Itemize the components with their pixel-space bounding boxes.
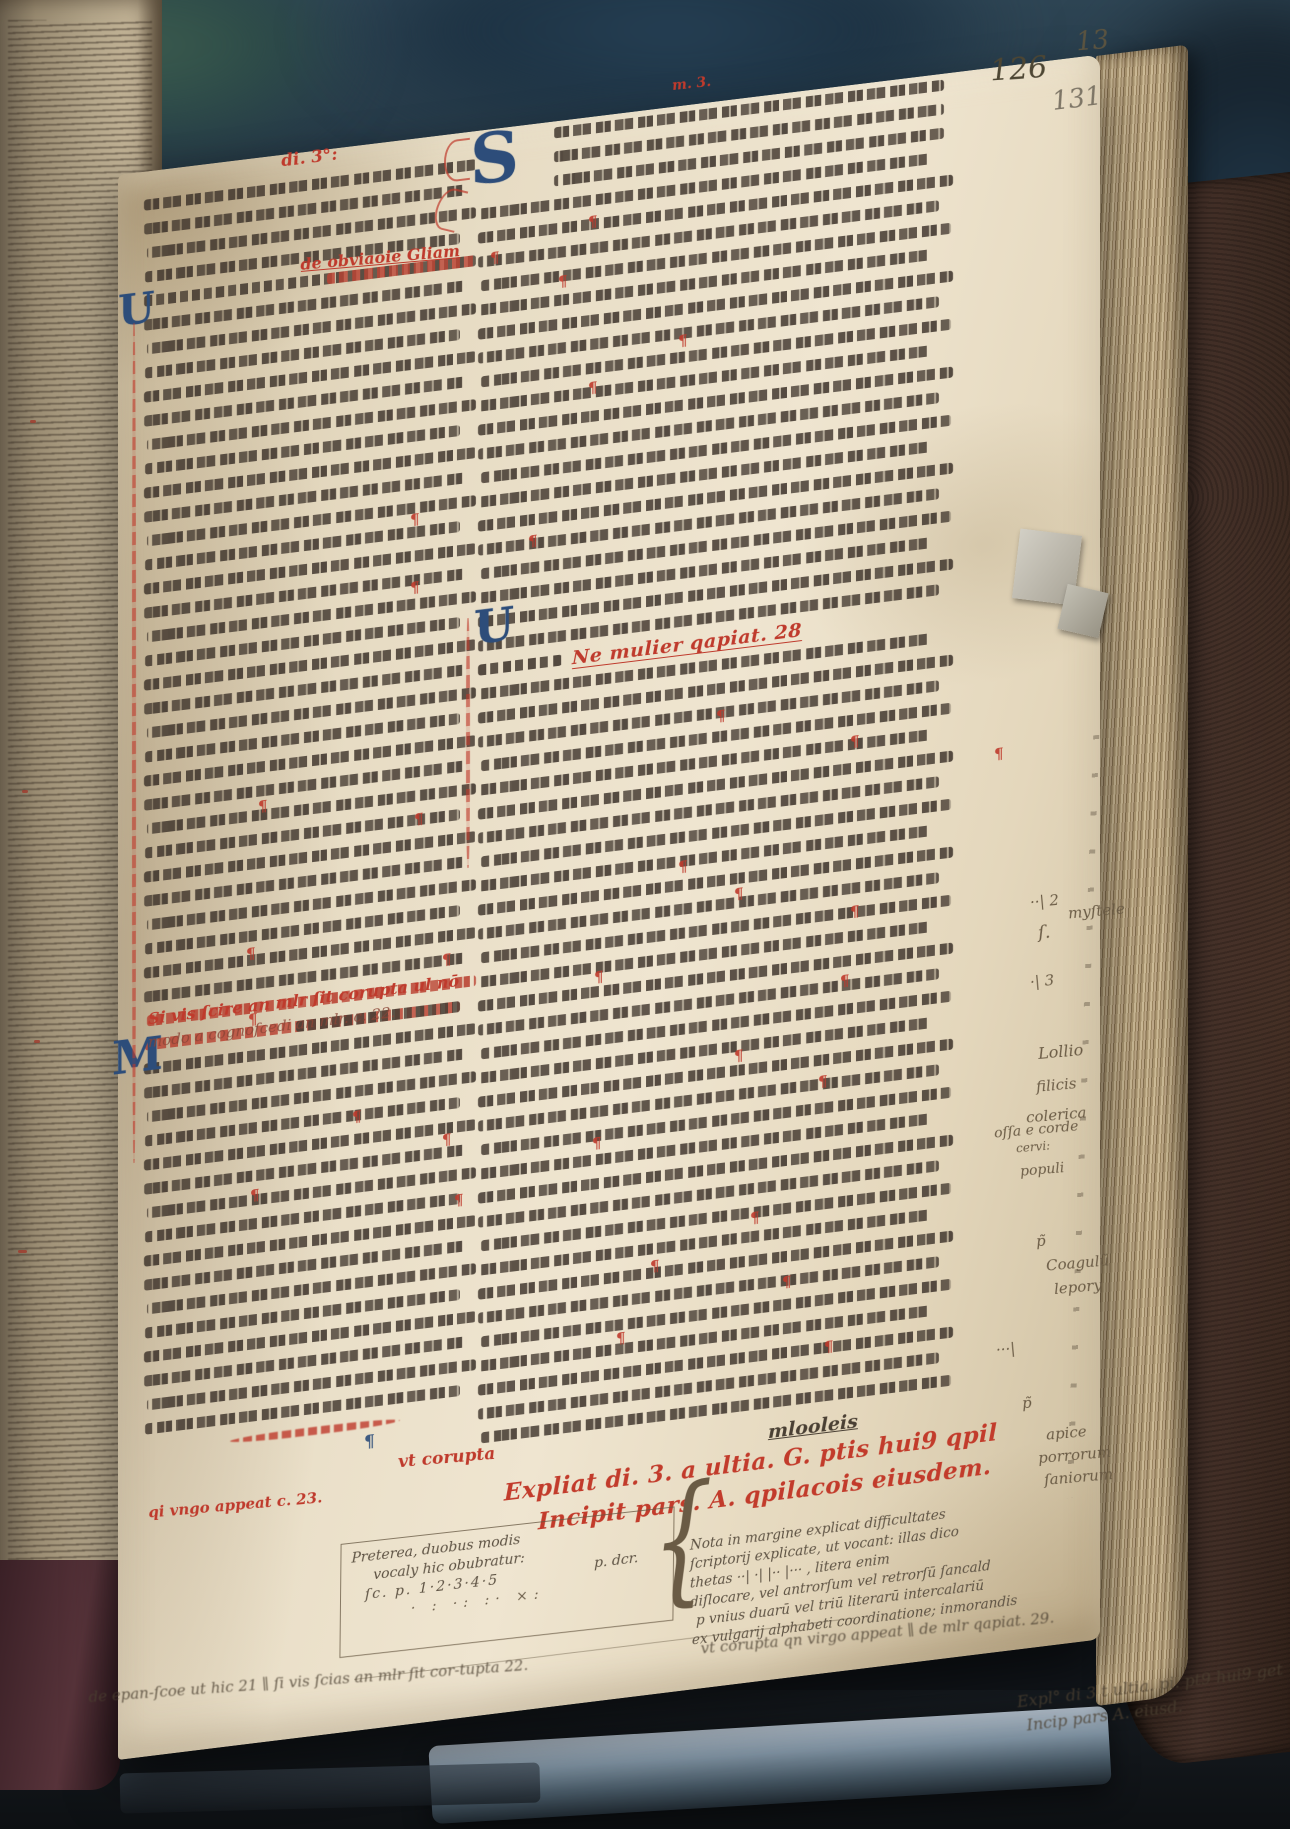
paragraph-mark: ¶ [750, 1208, 760, 1227]
folio-number-ink: 126 [989, 50, 1049, 89]
paragraph-mark: ¶ [410, 510, 420, 529]
paragraph-mark: ¶ [250, 1186, 260, 1205]
paragraph-mark: ¶ [818, 1072, 828, 1091]
paragraph-mark: ¶ [616, 1329, 626, 1348]
paragraph-mark: ¶ [592, 1134, 602, 1153]
paragraph-mark: ¶ [588, 212, 598, 231]
brace-glyph: { [652, 1522, 713, 1557]
paragraph-mark: ¶ [840, 971, 850, 990]
paragraph-mark: ¶ [782, 1272, 792, 1291]
paragraph-mark: ¶ [442, 1130, 452, 1149]
script-line-fragment [478, 654, 562, 675]
margin-note: ···| [995, 1339, 1016, 1359]
folio-number-partial: 13 [1075, 25, 1111, 58]
margin-note: Lollio [1037, 1040, 1084, 1063]
paragraph-mark: ¶ [594, 967, 604, 986]
red-pen-flourish [466, 618, 470, 868]
paragraph-mark: ¶ [734, 884, 744, 903]
drop-cap-S: S [470, 116, 519, 202]
paragraph-mark: ¶ [678, 331, 688, 350]
brace-note-label: p. dcr. [594, 1549, 638, 1573]
paragraph-mark: ¶ [850, 732, 860, 751]
text-column-right: Ne mulier qapiat. 28mlooleisExpliat di. … [478, 78, 953, 1542]
paragraph-mark: ¶ [824, 1337, 834, 1356]
paragraph-mark: ¶ [716, 706, 726, 725]
paragraph-mark: ¶ [442, 950, 452, 969]
paragraph-mark: ¶ [650, 1257, 660, 1276]
margin-note: ſ. [1037, 922, 1051, 944]
margin-note: p̃ [1035, 1232, 1046, 1251]
paragraph-mark: ¶ [414, 809, 424, 828]
margin-note: apice [1045, 1422, 1087, 1443]
red-pen-curl [444, 138, 470, 183]
paragraph-mark: ¶ [258, 797, 268, 816]
paragraph-mark: ¶ [678, 857, 688, 876]
drop-cap-U: U [474, 596, 514, 655]
paragraph-mark: ¶ [558, 272, 568, 291]
red-ink-speck [18, 1250, 27, 1253]
paragraph-mark: ¶ [734, 1046, 744, 1065]
folio-number-pencil: 131 [1050, 81, 1103, 117]
book-spine-bottom [0, 1560, 120, 1790]
paragraph-mark: ¶ [994, 744, 1004, 763]
margin-note: ··| 2 [1029, 891, 1059, 911]
drop-cap-U: U [118, 283, 155, 336]
paragraph-mark: ¶ [352, 1107, 362, 1126]
margin-note: p̃ [1021, 1394, 1032, 1413]
paragraph-mark: ¶ [490, 248, 500, 267]
paragraph-mark: ¶ [588, 378, 598, 397]
red-ink-speck [30, 420, 36, 423]
margin-note: filicis [1035, 1074, 1077, 1095]
paragraph-mark: ¶ [850, 902, 860, 921]
red-ink-speck [34, 1040, 40, 1043]
script-line [145, 1385, 460, 1435]
margin-note: ·| 3 [1029, 971, 1055, 991]
margin-note: cervi: [1015, 1139, 1050, 1156]
text-column-left [144, 159, 476, 1456]
paragraph-mark: ¶ [528, 531, 538, 550]
museum-photo-of-manuscript: Ne mulier qapiat. 28mlooleisExpliat di. … [0, 0, 1290, 1829]
paragraph-mark: ¶ [246, 944, 256, 963]
paragraph-mark-blue: ¶ [364, 1431, 375, 1452]
paragraph-mark: ¶ [410, 578, 420, 597]
red-pen-flourish [132, 323, 136, 1163]
red-ink-speck [22, 790, 28, 793]
paragraph-mark: ¶ [454, 1191, 464, 1210]
